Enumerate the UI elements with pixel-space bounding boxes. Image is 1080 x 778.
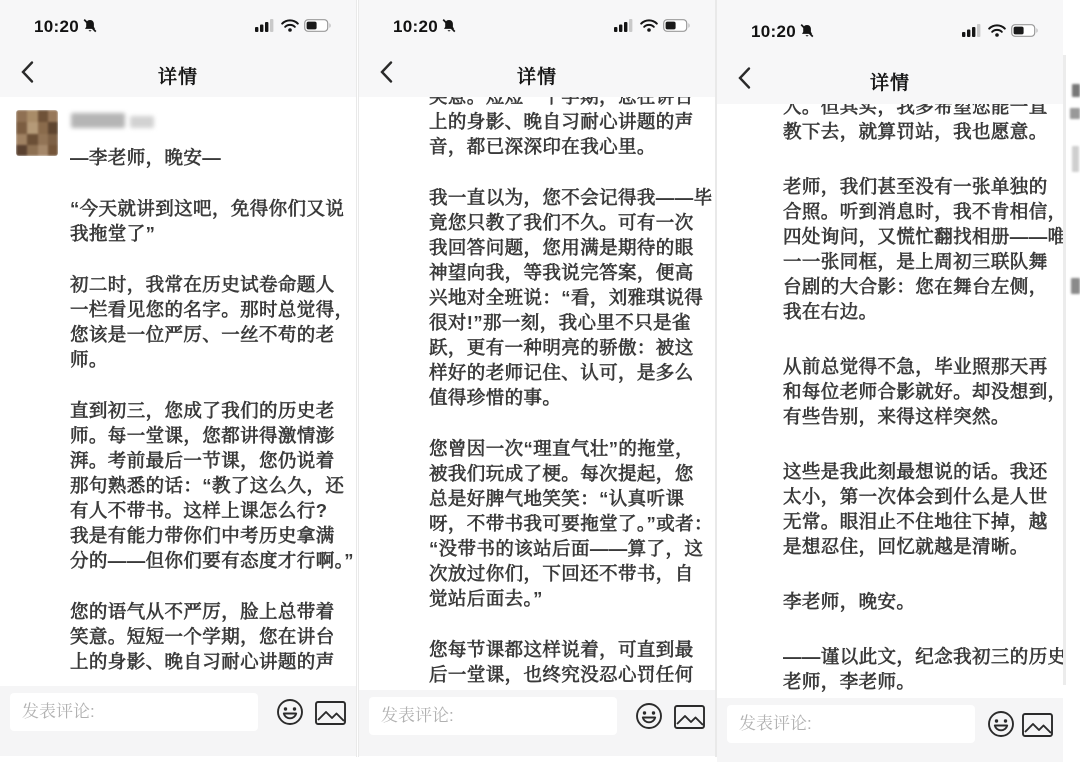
status-and-nav-bar: 10:20 详情 — [0, 0, 356, 97]
status-time: 10:20 — [34, 17, 79, 37]
post-body: —李老师，晚安—“今天就讲到这吧，免得你们又说 我拖堂了”初二时，我常在历史试卷… — [70, 97, 352, 674]
cut-off-text-fragment — [1072, 84, 1080, 97]
signal-icon — [614, 19, 635, 32]
post-paragraph: 直到初三，您成了我们的历史老 师。每一堂课，您都讲得激情澎 湃。考前最后一节课，… — [70, 398, 352, 573]
cut-off-text-fragment — [1071, 278, 1080, 294]
fourth-screenshot-edge — [1063, 0, 1080, 757]
comment-bar — [0, 686, 356, 756]
phone-screenshot-1: 10:20 详情 —李老师，晚安—“今天就讲到这吧，免得你们又说 我拖堂了”初二… — [0, 0, 357, 757]
signal-icon — [255, 19, 276, 32]
status-right-icons — [614, 19, 691, 32]
author-name-blurred[interactable] — [71, 113, 125, 128]
post-paragraph: 我一直以为，您不会记得我——毕 竟您只教了我们不久。可有一次 我回答问题，您用满… — [429, 185, 711, 410]
phone-screenshot-2: 10:20 详情 笑意。短短一个学期，您在讲台 上的身影、晚自习耐心讲题的声 音… — [358, 0, 716, 757]
screenshot-seam-line — [1063, 55, 1066, 685]
image-button[interactable] — [1022, 713, 1053, 737]
image-button[interactable] — [674, 705, 705, 729]
emoji-button[interactable] — [987, 710, 1015, 738]
post-scroll-area[interactable]: 人。但其实，我多希望您能一直 教下去，就算罚站，我也愿意。老师，我们甚至没有一张… — [717, 94, 1063, 762]
comment-input[interactable] — [10, 693, 258, 731]
status-right-icons — [255, 19, 332, 32]
post-paragraph: 您的语气从不严厉，脸上总带着 笑意。短短一个学期，您在讲台 上的身影、晚自习耐心… — [70, 599, 352, 674]
post-paragraph: 初二时，我常在历史试卷命题人 一栏看见您的名字。那时总觉得， 您该是一位严厉、一… — [70, 272, 352, 372]
post-paragraph: 李老师，晚安。 — [783, 589, 1059, 614]
wifi-icon — [281, 19, 299, 32]
comment-input[interactable] — [369, 697, 617, 735]
status-and-nav-bar: 10:20 详情 — [717, 0, 1063, 104]
wifi-icon — [640, 19, 658, 32]
signal-icon — [962, 24, 983, 37]
avatar[interactable] — [16, 110, 58, 156]
post-paragraph: ——谨以此文，纪念我初三的历史 老师，李老师。 — [783, 644, 1059, 694]
post-paragraph: “今天就讲到这吧，免得你们又说 我拖堂了” — [70, 196, 352, 246]
battery-icon — [304, 19, 332, 32]
mute-bell-icon — [799, 23, 815, 39]
comment-input[interactable] — [727, 705, 975, 743]
battery-icon — [663, 19, 691, 32]
post-paragraph: 老师，我们甚至没有一张单独的 合照。听到消息时，我不肯相信， 四处询问，又慌忙翻… — [783, 174, 1059, 324]
status-and-nav-bar: 10:20 详情 — [359, 0, 715, 97]
page-title: 详情 — [717, 68, 1063, 95]
post-scroll-area[interactable]: —李老师，晚安—“今天就讲到这吧，免得你们又说 我拖堂了”初二时，我常在历史试卷… — [0, 97, 356, 757]
post-paragraph: 从前总觉得不急，毕业照那天再 和每位老师合影就好。却没想到， 有些告别，来得这样… — [783, 354, 1059, 429]
battery-icon — [1011, 24, 1039, 37]
status-time: 10:20 — [751, 22, 796, 42]
page-title: 详情 — [0, 62, 356, 89]
post-paragraph: —李老师，晚安— — [70, 145, 352, 170]
post-body: 笑意。短短一个学期，您在讲台 上的身影、晚自习耐心讲题的声 音，都已深深印在我心… — [429, 84, 711, 687]
post-paragraph: 您每节课都这样说着，可直到最 后一堂课，也终究没忍心罚任何 — [429, 637, 711, 687]
phone-screenshot-3: 10:20 详情 人。但其实，我多希望您能一直 教下去，就算罚站，我也愿意。老师… — [716, 0, 1064, 762]
mute-bell-icon — [82, 18, 98, 34]
wifi-icon — [988, 24, 1006, 37]
post-paragraph: 这些是我此刻最想说的话。我还 太小，第一次体会到什么是人世 无常。眼泪止不住地往… — [783, 459, 1059, 559]
mute-bell-icon — [441, 18, 457, 34]
page-title: 详情 — [359, 62, 715, 89]
post-body: 人。但其实，我多希望您能一直 教下去，就算罚站，我也愿意。老师，我们甚至没有一张… — [783, 94, 1059, 694]
status-right-icons — [962, 24, 1039, 37]
cut-off-text-fragment — [1070, 108, 1080, 119]
cut-off-text-fragment — [1072, 146, 1079, 172]
comment-bar — [359, 690, 715, 756]
image-button[interactable] — [315, 701, 346, 725]
author-name-blurred-tail — [130, 116, 154, 128]
post-scroll-area[interactable]: 笑意。短短一个学期，您在讲台 上的身影、晚自习耐心讲题的声 音，都已深深印在我心… — [359, 84, 715, 757]
emoji-button[interactable] — [276, 698, 304, 726]
emoji-button[interactable] — [635, 702, 663, 730]
comment-bar — [717, 698, 1063, 762]
post-paragraph: 您曾因一次“理直气壮”的拖堂， 被我们玩成了梗。每次提起，您 总是好脾气地笑笑：… — [429, 436, 711, 611]
status-time: 10:20 — [393, 17, 438, 37]
